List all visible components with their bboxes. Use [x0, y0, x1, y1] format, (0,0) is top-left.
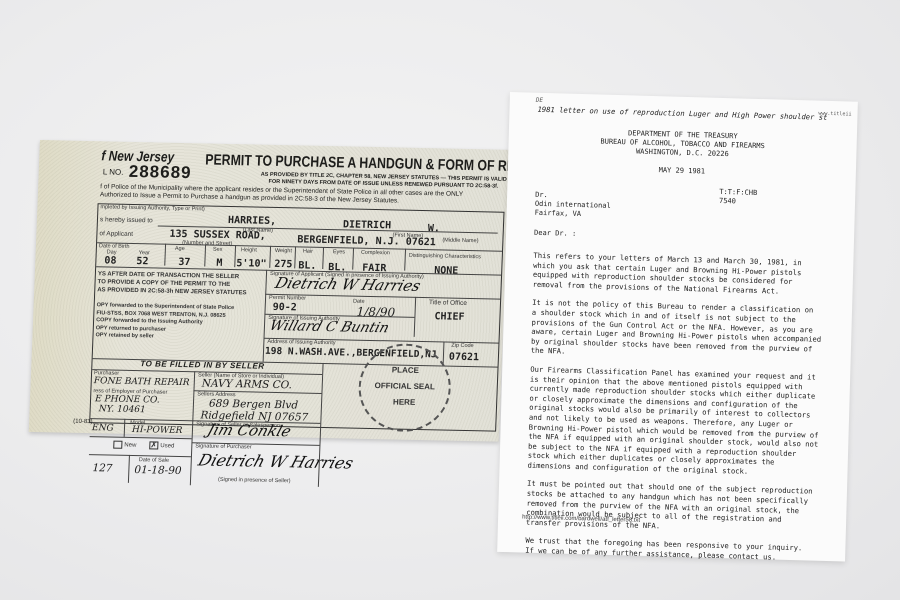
applicant-middle-initial: W.	[428, 223, 440, 234]
used-checkbox: ✗Used	[149, 441, 174, 450]
letter-paragraph: We trust that the foregoing has been res…	[525, 536, 843, 564]
age-value: 37	[178, 257, 190, 268]
weight-label: Weight	[275, 248, 292, 254]
letter-header-site: www.titleii	[818, 111, 851, 118]
seal-line-3: HERE	[360, 397, 448, 408]
copy-line-5: OPY retained by seller	[95, 332, 233, 342]
letter-body: This refers to your letters of March 13 …	[525, 251, 852, 573]
used-label: Used	[160, 443, 174, 449]
date-of-sale: 01-18-90	[134, 464, 182, 477]
letter-date: MAY 29 1981	[508, 162, 856, 180]
handgun-purchase-permit: f New Jersey L NO. 288689 PERMIT TO PURC…	[29, 140, 510, 442]
firearm-make: ENG	[92, 423, 114, 433]
atf-letter: DE 1981 letter on use of reproduction Lu…	[497, 92, 858, 562]
letter-salutation: Dear Dr. :	[534, 229, 576, 239]
form-code: (10-83)	[73, 419, 93, 425]
letter-reference: T:T:F:CHB 7540	[719, 188, 757, 207]
issuing-authority-signature: Willard C Buntin	[268, 318, 392, 336]
distinguishing-value: NONE	[434, 265, 459, 276]
height-value: 5'10"	[236, 258, 267, 270]
purchaser-occupation: FONE BATH REPAIR	[94, 376, 190, 388]
new-checkbox-box	[113, 441, 122, 449]
letterhead: DEPARTMENT OF THE TREASURY BUREAU OF ALC…	[508, 126, 857, 163]
employer-city: NY. 10461	[99, 404, 146, 415]
purchaser-signature: Dietrich W Harries	[196, 450, 356, 472]
used-checkbox-box: ✗	[149, 441, 158, 449]
applicant-last-name: HARRIES,	[228, 215, 277, 227]
seller-signature: Jim Conkle	[205, 421, 293, 441]
seller-name: NAVY ARMS CO.	[202, 377, 293, 391]
letter-page-header: 1981 letter on use of reproduction Luger…	[537, 105, 827, 122]
purchaser-signature-label: Signature of Purchaser	[195, 443, 251, 450]
dob-year: 52	[136, 256, 148, 267]
permit-number-label: L NO.	[103, 167, 124, 176]
rule	[164, 244, 166, 266]
applicant-label: of Applicant	[99, 230, 133, 238]
sex-value: M	[216, 258, 222, 269]
zip-label: Zip Code	[451, 343, 474, 349]
firearm-model: HI-POWER	[132, 425, 183, 436]
seal-line-2: OFFICIAL SEAL	[361, 381, 449, 392]
letter-corner-mark: DE	[536, 97, 543, 104]
middle-name-label: (Middle Name)	[442, 237, 478, 244]
title-office-value: CHIEF	[434, 311, 465, 323]
signed-presence-label: (Signed in presence of Seller)	[218, 477, 291, 485]
letter-paragraph: This refers to your letters of March 13 …	[533, 251, 852, 298]
rule	[204, 244, 206, 266]
height-label: Height	[241, 247, 257, 253]
complexion-label: Complexion	[361, 250, 390, 257]
letter-addressee: Dr. Odin international Fairfax, VA	[534, 191, 611, 220]
seller-copy-notice: YS AFTER DATE OF TRANSACTION THE SELLER …	[97, 270, 247, 297]
dob-day: 08	[104, 255, 116, 266]
permit-serial-number: 288689	[128, 162, 191, 183]
letter-paragraph: It must be pointed out that should one o…	[526, 479, 845, 536]
eyes-label: Eyes	[333, 249, 345, 255]
rule	[124, 419, 126, 437]
zip-value: 07621	[449, 352, 480, 364]
letter-paragraph: Our Firearms Classification Panel has ex…	[527, 365, 848, 479]
rule	[322, 247, 324, 269]
permit-number-value: 90-2	[272, 302, 297, 313]
sex-label: Sex	[213, 247, 223, 253]
firearm-serial: 127	[92, 462, 113, 474]
seal-line-1: PLACE	[361, 365, 449, 376]
rule	[352, 248, 354, 270]
permit-number-field-label: Permit Number	[269, 295, 306, 302]
new-label: New	[124, 442, 136, 448]
new-checkbox: New	[113, 441, 136, 449]
age-label: Age	[175, 246, 185, 252]
rule	[404, 249, 406, 271]
applicant-signature: Dietrich W Harries	[273, 274, 423, 295]
copy-distribution: OPY forwarded to the Superintendent of S…	[95, 302, 234, 342]
rule	[90, 436, 192, 439]
date-of-sale-label: Date of Sale	[139, 457, 170, 464]
distinguishing-label: Distinguishing Characteristics	[409, 253, 481, 261]
letter-paragraph: It is not the policy of this Bureau to r…	[531, 298, 850, 364]
weight-value: 275	[274, 259, 292, 270]
completed-by-label: mpleted by Issuing Authority, Type or Pr…	[100, 204, 205, 212]
title-office-label: Title of Office	[429, 299, 467, 307]
issued-to-label: s hereby issued to	[100, 216, 153, 224]
reference-number: 7540	[719, 197, 757, 207]
rule	[128, 455, 130, 483]
hair-label: Hair	[303, 249, 313, 255]
rule	[269, 246, 271, 268]
rule	[294, 246, 296, 268]
rule	[190, 371, 195, 485]
